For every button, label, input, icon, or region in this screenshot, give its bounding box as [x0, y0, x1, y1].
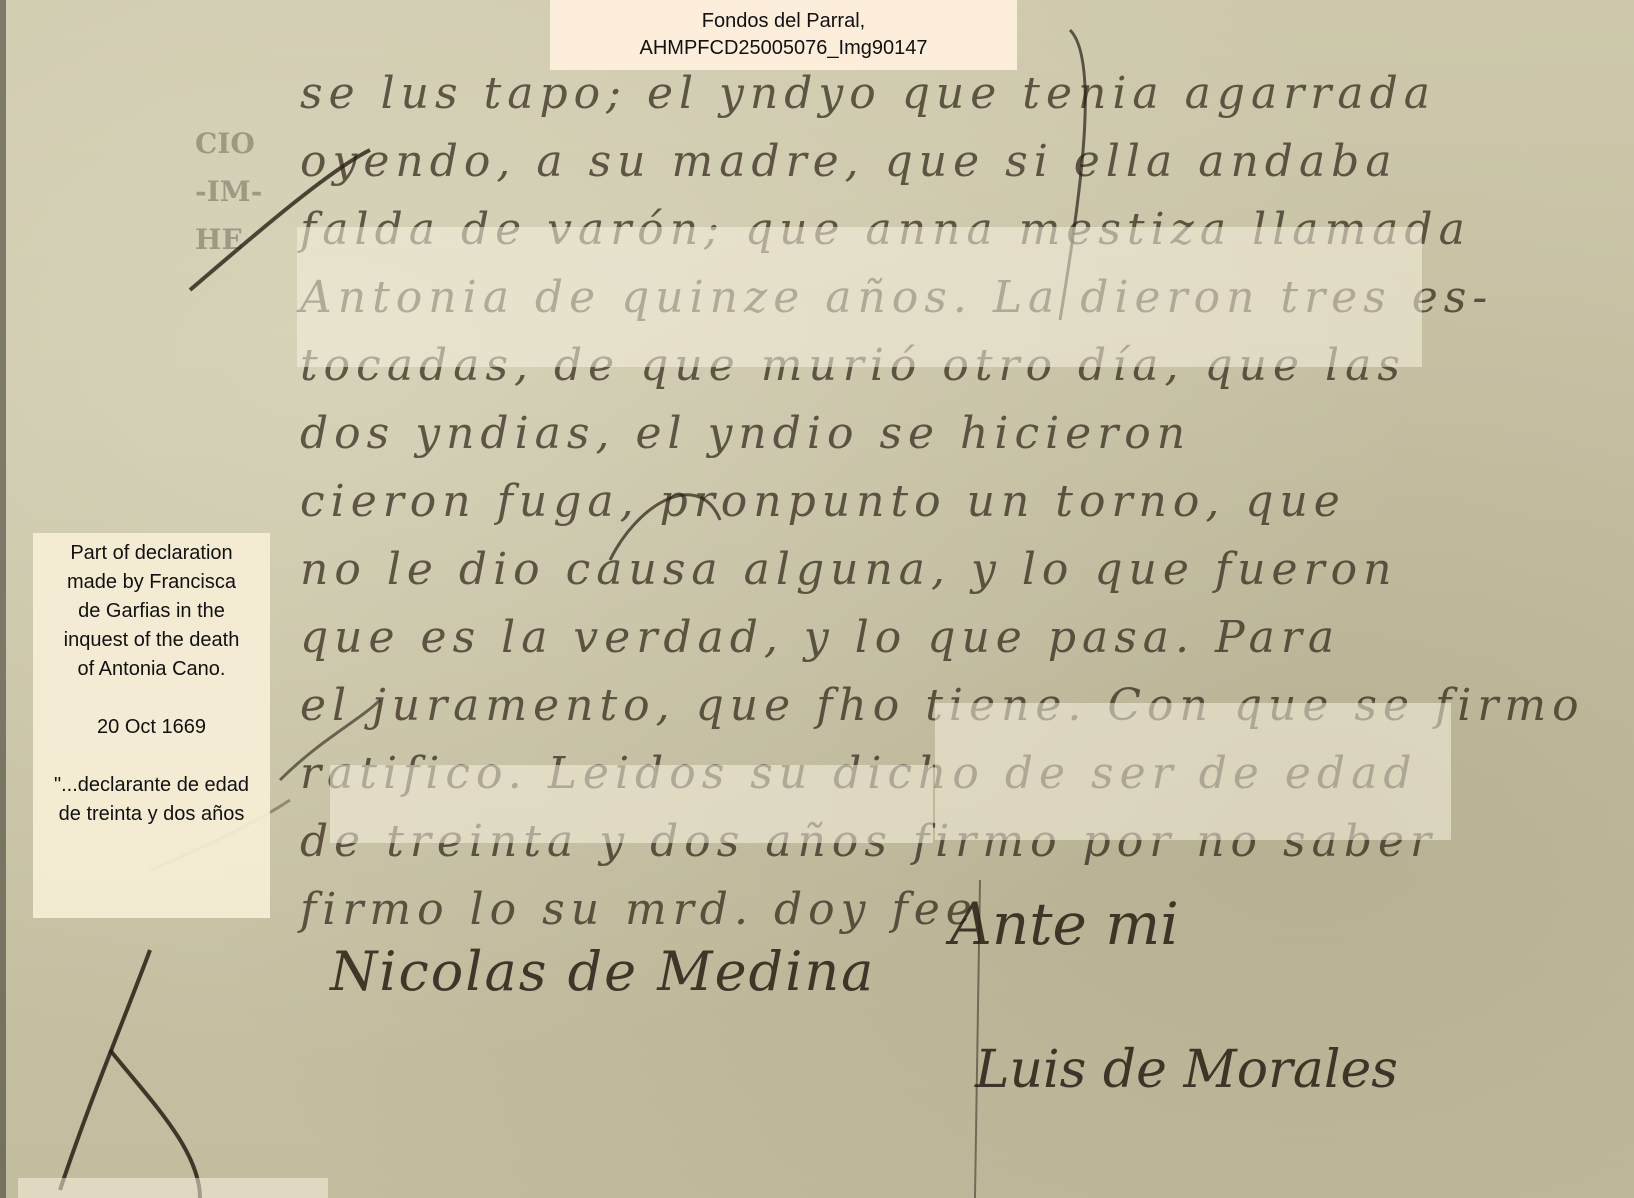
annotation-line: Part of declaration: [70, 542, 232, 564]
source-label: Fondos del Parral, AHMPFCD25005076_Img90…: [550, 0, 1017, 70]
source-label-line1: Fondos del Parral,: [550, 8, 1017, 35]
highlight-treinta: [330, 765, 933, 843]
annotation-line: made by Francisca: [67, 571, 236, 593]
signature-luis: Luis de Morales: [975, 1040, 1398, 1100]
source-label-line2: AHMPFCD25005076_Img90147: [550, 35, 1017, 62]
annotation-line: inquest of the death: [64, 629, 240, 651]
annotation-line: de Garfias in the: [78, 600, 225, 622]
annotation-box: Part of declaration made by Francisca de…: [33, 533, 270, 918]
manuscript-page: CIO -IM- HE se lus tapo; el yndyo que te…: [0, 0, 1634, 1198]
annotation-date: 20 Oct 1669: [97, 716, 206, 738]
signature-ante-mi: Ante mi: [950, 890, 1179, 958]
signature-nicolas: Nicolas de Medina: [330, 940, 875, 1003]
highlight-bottom: [18, 1178, 328, 1198]
highlight-edad: [935, 703, 1451, 840]
annotation-quote: de treinta y dos años: [59, 803, 245, 825]
highlight-antonia: [297, 227, 1422, 367]
annotation-quote: "...declarante de edad: [54, 774, 249, 796]
annotation-line: of Antonia Cano.: [78, 658, 226, 680]
